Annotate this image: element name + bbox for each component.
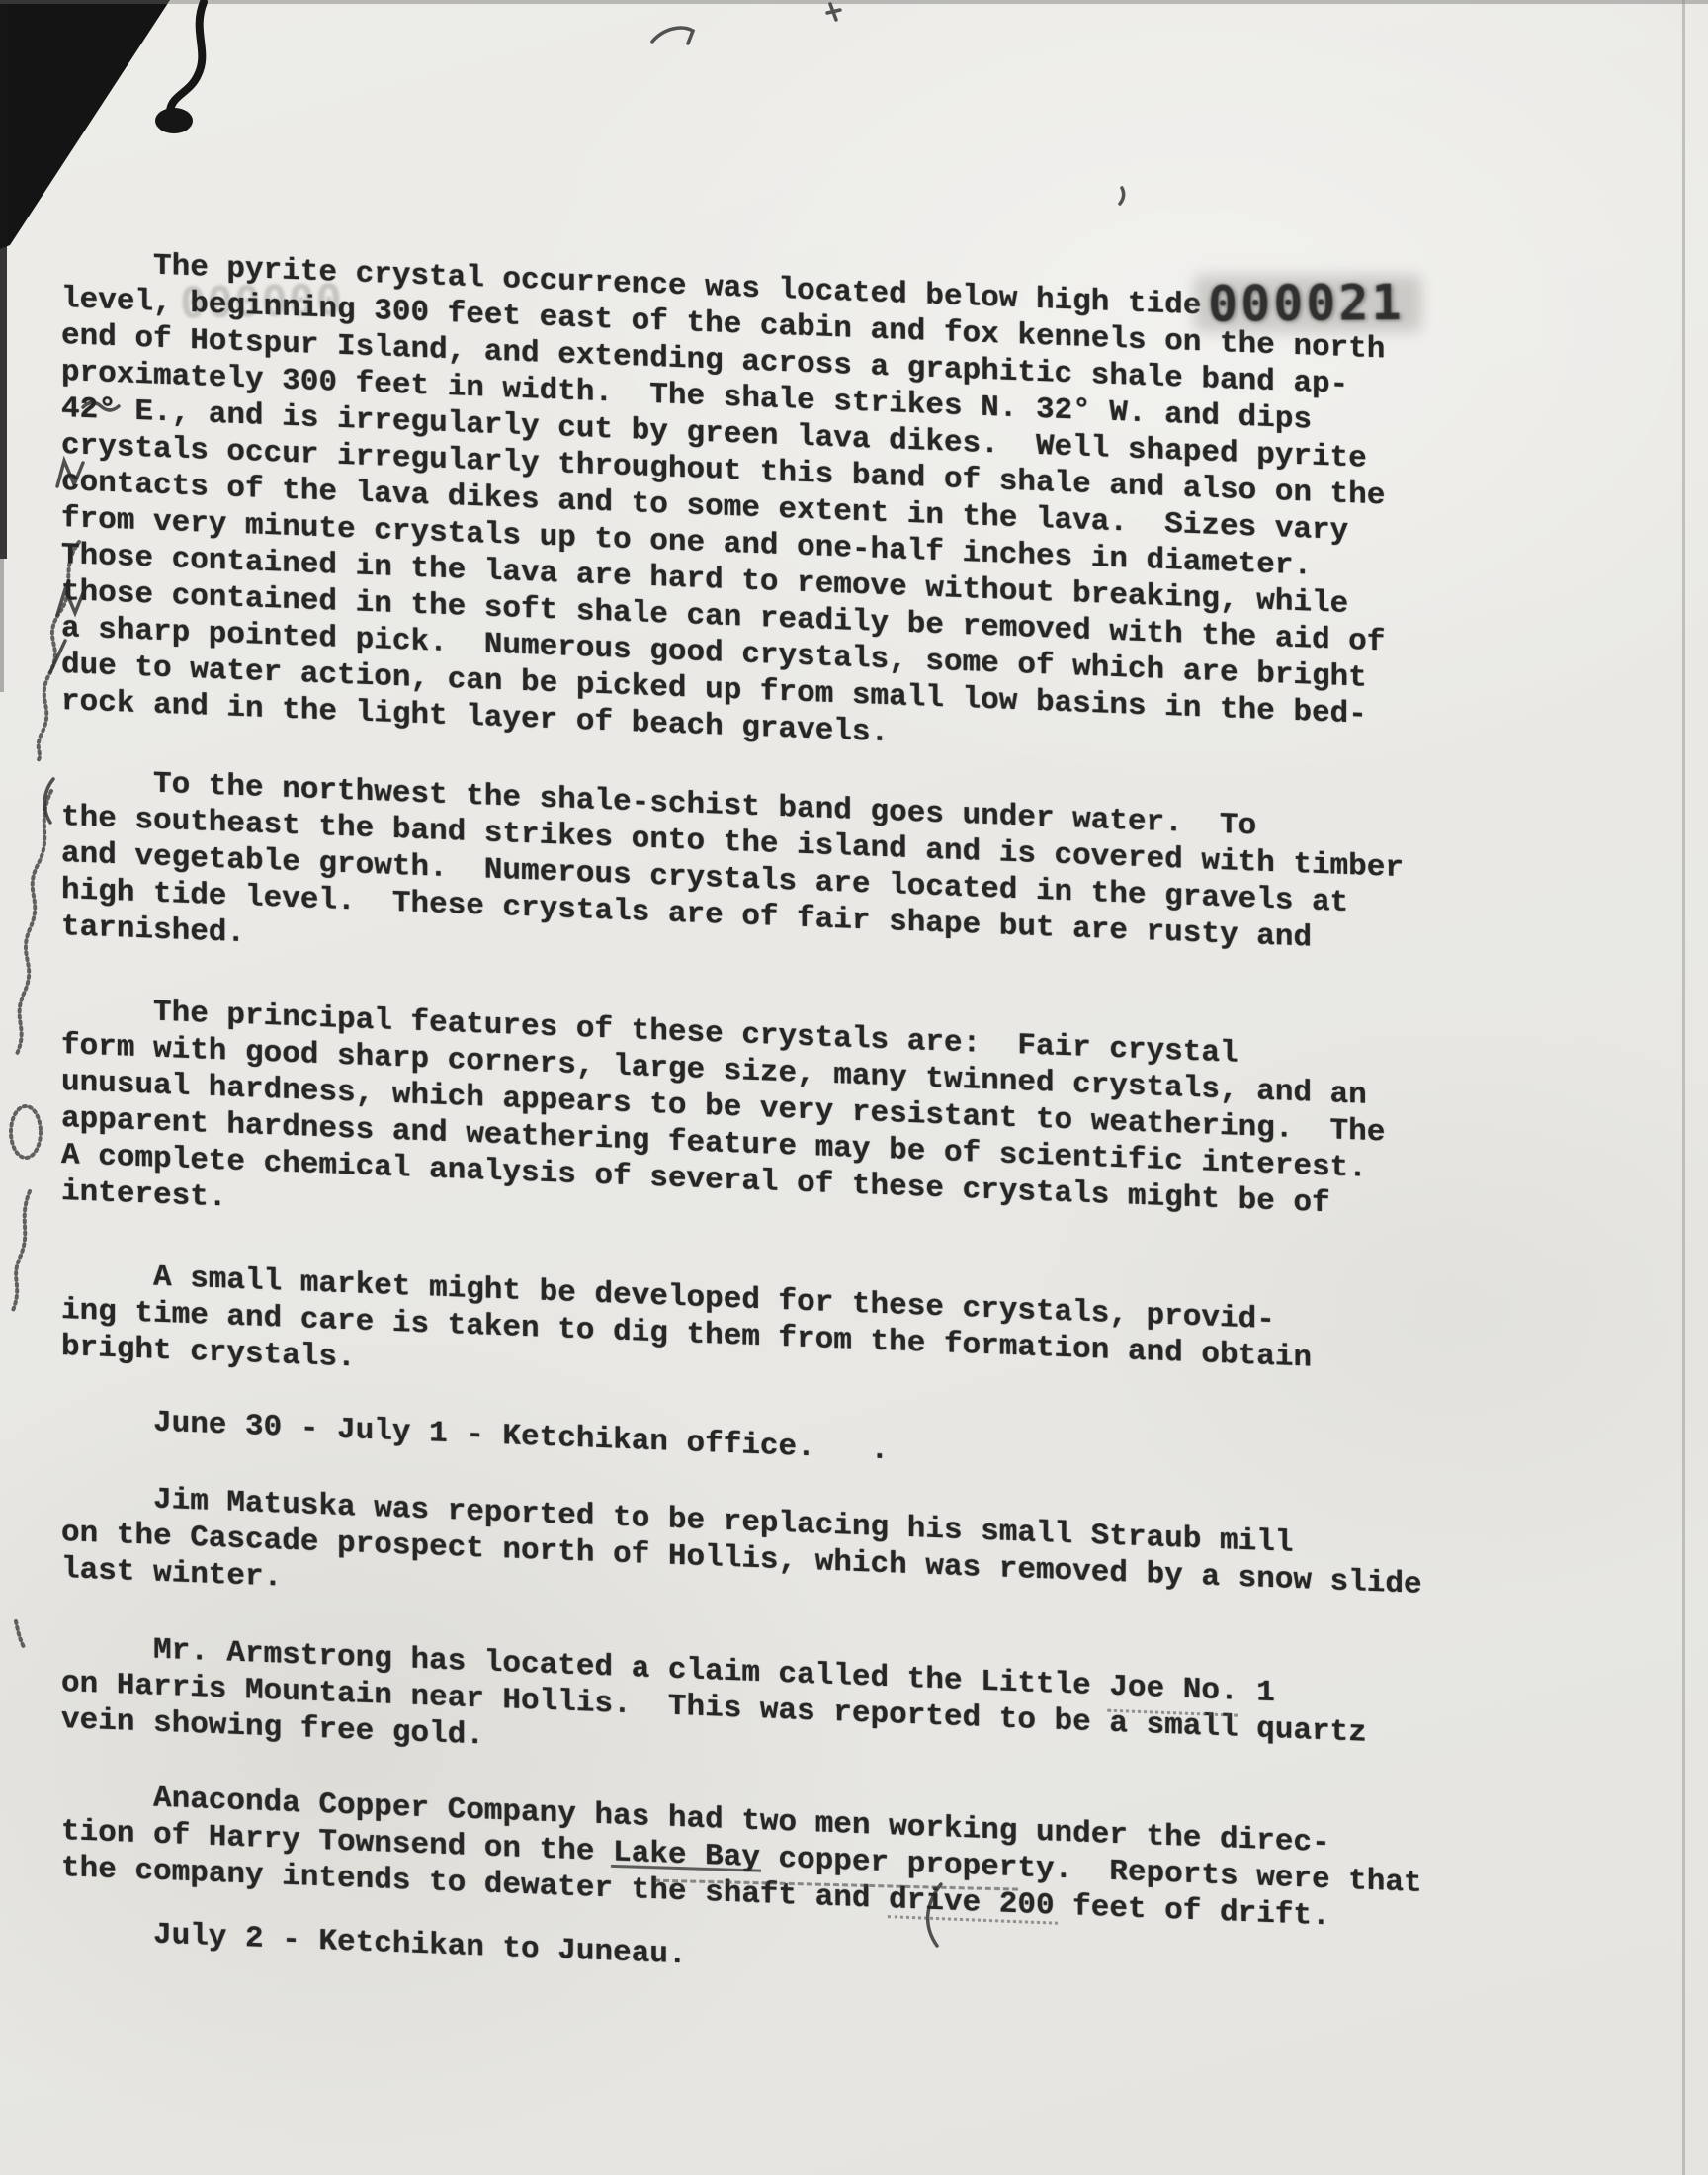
page-number-stamp: 000021 — [1208, 278, 1405, 329]
paragraph-anaconda-copper: Anaconda Copper Company has had two men … — [61, 1777, 1422, 1939]
right-edge-line — [1682, 0, 1685, 2175]
scanned-typewritten-document-page: 000000 The pyrite crystal occurrence was… — [0, 0, 1708, 2175]
stray-pen-mark — [1120, 188, 1124, 204]
corner-fold-shadow — [0, 0, 170, 249]
top-edge-shadow — [0, 0, 1708, 4]
stray-pen-mark — [652, 28, 693, 43]
paragraph-armstrong-claim: Mr. Armstrong has located a claim called… — [61, 1628, 1367, 1788]
paragraph-jim-matuska: Jim Matuska was reported to be replacing… — [61, 1478, 1422, 1640]
date-line-july2: July 2 - Ketchikan to Juneau. — [61, 1913, 687, 1973]
paragraph-northwest-band: To the northwest the shale-schist band g… — [61, 762, 1404, 997]
text-line: July 2 - Ketchikan to Juneau. — [61, 1913, 687, 1973]
paragraph-small-market: A small market might be developed for th… — [61, 1256, 1312, 1414]
paragraph-pyrite-occurrence: The pyrite crystal occurrence was locate… — [61, 244, 1385, 770]
text-line: June 30 - July 1 - Ketchikan office. . — [61, 1401, 889, 1469]
paragraph-principal-features: The principal features of these crystals… — [61, 991, 1385, 1261]
ink-blot-squiggle — [155, 2, 204, 133]
typewritten-text-body: The pyrite crystal occurrence was locate… — [61, 244, 1465, 2078]
date-line-june30: June 30 - July 1 - Ketchikan office. . — [61, 1401, 889, 1469]
margin-paren-mark — [44, 779, 53, 823]
left-edge-shadow — [0, 0, 7, 559]
stray-pen-mark — [827, 4, 840, 20]
